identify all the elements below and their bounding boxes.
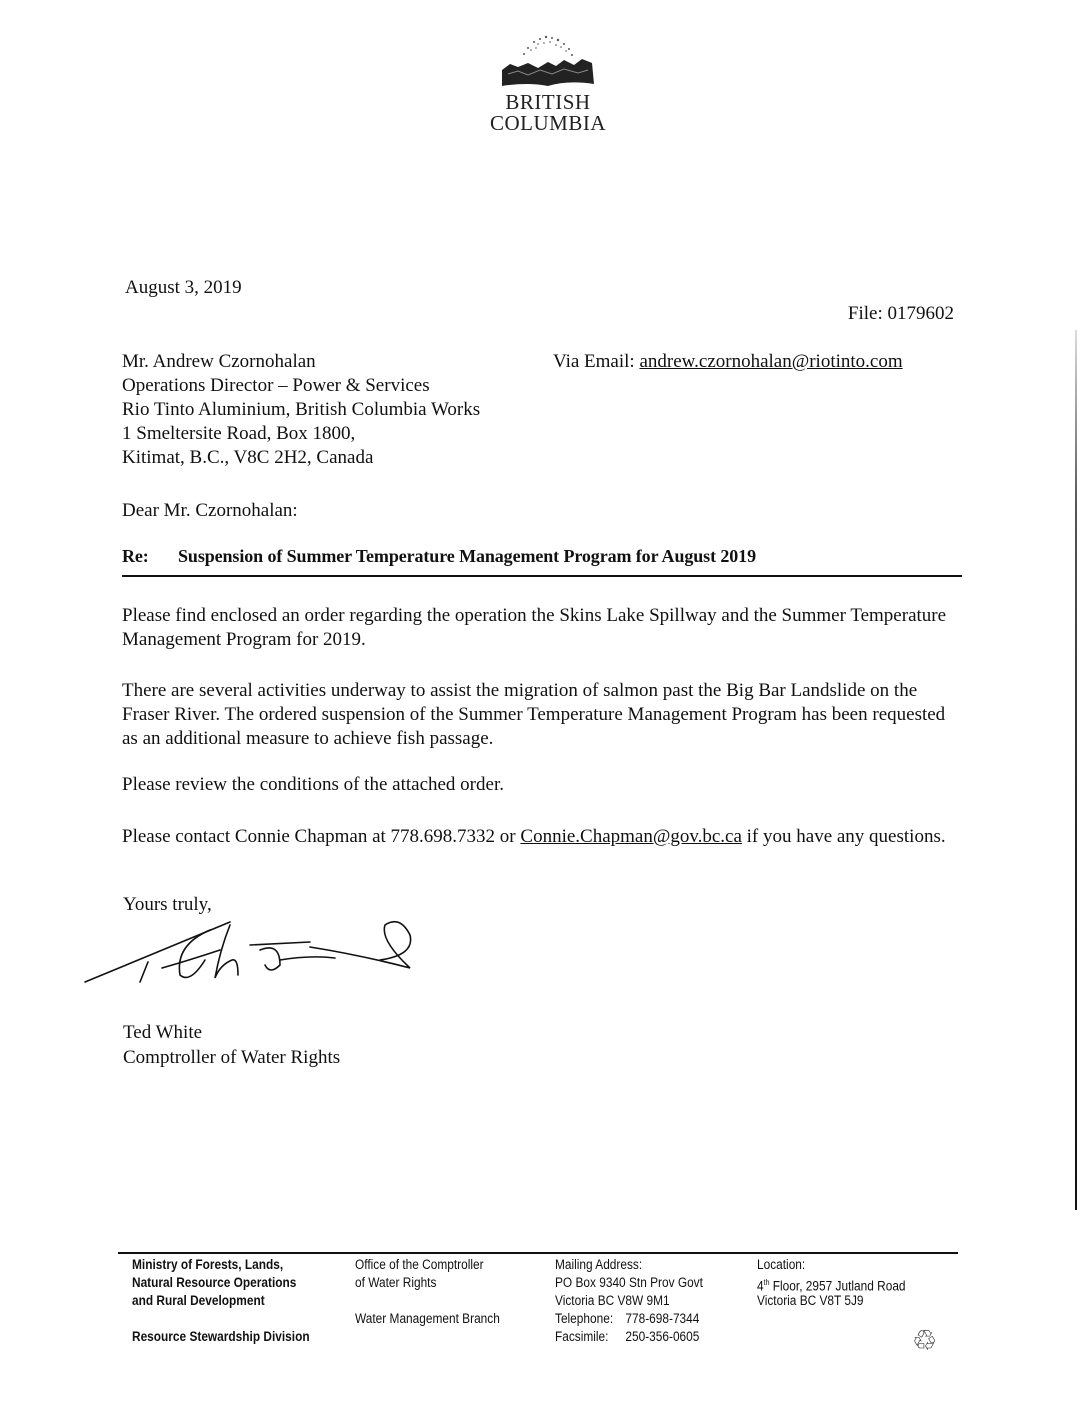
contact-email-link[interactable]: Connie.Chapman@gov.bc.ca [520,826,742,847]
ministry-line: Natural Resource Operations [132,1274,310,1292]
location-city: Victoria BC V8T 5J9 [757,1292,906,1310]
mailing-line: Victoria BC V8W 9M1 [555,1292,703,1310]
telephone-number: 778-698-7344 [625,1311,699,1326]
recipient-email-link[interactable]: andrew.czornohalan@riotinto.com [639,351,902,372]
via-email: Via Email: andrew.czornohalan@riotinto.c… [553,350,903,374]
letterhead-logo: BRITISH COLUMBIA [488,30,608,134]
office-line: Office of the Comptroller [355,1256,500,1274]
signer-block: Ted White Comptroller of Water Rights [123,1021,340,1071]
footer-office: Office of the Comptroller of Water Right… [355,1256,500,1328]
footer-divider [118,1252,958,1254]
signer-title: Comptroller of Water Rights [123,1046,340,1071]
footer-ministry: Ministry of Forests, Lands, Natural Reso… [132,1256,310,1346]
subject-text: Suspension of Summer Temperature Managem… [178,546,756,566]
contact-text: Please contact Connie Chapman at 778.698… [122,826,520,847]
bc-logo-icon [498,30,598,92]
recipient-title: Operations Director – Power & Services [122,374,480,398]
paragraph-2: There are several activities underway to… [122,679,957,751]
subject-label: Re: [122,546,178,567]
recipient-address: Mr. Andrew Czornohalan Operations Direct… [122,350,480,470]
signer-name: Ted White [123,1021,340,1046]
mailing-heading: Mailing Address: [555,1256,703,1274]
salutation: Dear Mr. Czornohalan: [122,499,298,523]
closing: Yours truly, [123,893,212,917]
division-line: Resource Stewardship Division [132,1328,310,1346]
office-line: of Water Rights [355,1274,500,1292]
location-line: 4th Floor, 2957 Jutland Road [757,1274,906,1292]
fax-line: Facsimile:250-356-0605 [555,1328,703,1346]
recipient-company: Rio Tinto Aluminium, British Columbia Wo… [122,398,480,422]
paragraph-4: Please contact Connie Chapman at 778.698… [122,825,957,849]
branch-line: Water Management Branch [355,1310,500,1328]
contact-text-end: if you have any questions. [742,826,946,847]
file-reference: File: 0179602 [848,302,954,326]
ministry-line: and Rural Development [132,1292,310,1310]
footer-location: Location: 4th Floor, 2957 Jutland Road V… [757,1256,906,1310]
mailing-line: PO Box 9340 Stn Prov Govt [555,1274,703,1292]
ministry-line: Ministry of Forests, Lands, [132,1256,310,1274]
subject-divider [122,575,962,577]
letter-date: August 3, 2019 [125,276,242,300]
recipient-street: 1 Smeltersite Road, Box 1800, [122,422,480,446]
fax-number: 250-356-0605 [625,1329,699,1344]
recipient-city: Kitimat, B.C., V8C 2H2, Canada [122,446,480,470]
footer-mailing-address: Mailing Address: PO Box 9340 Stn Prov Go… [555,1256,703,1346]
paragraph-3: Please review the conditions of the atta… [122,773,957,797]
telephone-line: Telephone:778-698-7344 [555,1310,703,1328]
recipient-name: Mr. Andrew Czornohalan [122,350,480,374]
scan-edge-line [1075,330,1077,1210]
letterhead-line1: BRITISH [488,92,608,113]
recycle-icon: ♲ [912,1328,937,1356]
fax-label: Facsimile: [555,1328,625,1346]
subject-line: Re:Suspension of Summer Temperature Mana… [122,546,756,567]
location-heading: Location: [757,1256,906,1274]
paragraph-1: Please find enclosed an order regarding … [122,604,957,652]
letterhead-line2: COLUMBIA [488,113,608,134]
telephone-label: Telephone: [555,1310,625,1328]
signature-icon [80,920,420,1000]
via-email-label: Via Email: [553,351,639,372]
